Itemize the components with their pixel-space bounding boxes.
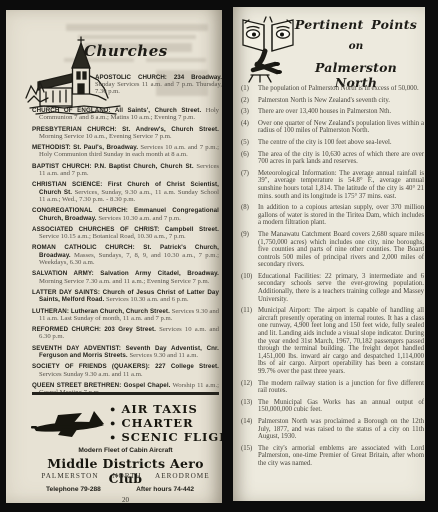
point-text: There are over 13,400 houses in Palmerst… <box>258 108 424 116</box>
church-details: Service 10.15 a.m.; Botanical Road, 10.3… <box>39 233 186 240</box>
point-item: (3)There are over 13,400 houses in Palme… <box>241 108 424 116</box>
point-text: The centre of the city is 100 feet above… <box>258 139 424 147</box>
ad-service-label: SCENIC FLIGHTS <box>121 430 222 444</box>
bullet-icon: ● <box>110 419 115 428</box>
ad-location: PALMERSTON NORTH AERODROME <box>32 472 219 480</box>
church-details: Services 10.30 a.m. and 7 p.m. <box>98 215 180 222</box>
church-details: Morning Service 7.30 a.m. and 11 a.m.; E… <box>39 278 209 285</box>
point-number: (4) <box>241 120 258 135</box>
point-item: (14)Palmerston North was proclaimed a Bo… <box>241 418 424 441</box>
point-text: Meteorological Information: The average … <box>258 170 424 200</box>
ad-contact-row: Telephone 79-288 After hours 74-442 <box>46 486 194 493</box>
ad-services-list: ●AIR TAXIS ●CHARTER ●SCENIC FLIGHTS <box>110 402 222 444</box>
point-item: (12)The modern railway station is a junc… <box>241 380 424 395</box>
bullet-icon: ● <box>110 405 115 414</box>
point-number: (3) <box>241 108 258 116</box>
page-title: Pertinent Points on Palmerston North <box>291 17 421 90</box>
point-item: (4)Over one quarter of New Zealand's pop… <box>241 120 424 135</box>
point-text: In addition to a copious artesian supply… <box>258 204 424 227</box>
point-item: (9)The Manawatu Catchment Board covers 2… <box>241 231 424 269</box>
point-number: (9) <box>241 231 258 269</box>
point-number: (11) <box>241 307 258 375</box>
church-name: LUTHERAN: Lutheran Church, Church Street… <box>32 308 170 315</box>
church-name: SALVATION ARMY: Salvation Army Citadel, … <box>32 270 219 277</box>
church-name: METHODIST: St. Paul's, Broadway. <box>32 144 138 151</box>
point-text: The Manawatu Catchment Board covers 2,68… <box>258 231 424 269</box>
church-name: QUEEN STREET BRETHREN: Gospel Chapel. <box>32 382 170 389</box>
point-number: (6) <box>241 151 258 166</box>
airplane-icon <box>30 406 108 447</box>
church-entry: REFORMED CHURCH: 203 Grey Street. Servic… <box>32 326 219 341</box>
church-entry: ROMAN CATHOLIC CHURCH: St. Patrick's Chu… <box>32 244 219 266</box>
church-name: CHURCH OF ENGLAND: All Saints', Church S… <box>32 107 201 114</box>
divider-rule <box>32 392 219 395</box>
point-item: (15)The city's armorial emblems are asso… <box>241 445 424 468</box>
church-entry: SALVATION ARMY: Salvation Army Citadel, … <box>32 270 219 285</box>
page-number: 20 <box>32 496 219 503</box>
church-name: SOCIETY OF FRIENDS (QUAKERS): 227 Colleg… <box>32 363 219 370</box>
point-text: Palmerston North is New Zealand's sevent… <box>258 97 424 105</box>
reader-illustration <box>239 15 297 88</box>
point-text: The area of the city is 10,630 acres of … <box>258 151 424 166</box>
church-entry: METHODIST: St. Paul's, Broadway. Service… <box>32 144 219 159</box>
ad-club-name: Middle Districts Aero Club <box>32 456 219 486</box>
church-details: Services Sunday 9.30 a.m. and 11 a.m. <box>39 371 143 378</box>
point-number: (15) <box>241 445 258 468</box>
left-page: Churches APOSTOLIC CHURCH: 234 Broadway.… <box>6 10 222 503</box>
point-number: (10) <box>241 273 258 303</box>
ad-service-label: AIR TAXIS <box>121 402 197 416</box>
church-entry: CONGREGATIONAL CHURCH: Emmanuel Congrega… <box>32 207 219 222</box>
church-name: BAPTIST CHURCH: P.N. Baptist Church, Chu… <box>32 163 194 170</box>
point-item: (11)Municipal Airport: The airport is ca… <box>241 307 424 375</box>
ad-tagline: Modern Fleet of Cabin Aircraft <box>32 447 219 454</box>
point-number: (2) <box>241 97 258 105</box>
point-item: (2)Palmerston North is New Zealand's sev… <box>241 97 424 105</box>
point-number: (14) <box>241 418 258 441</box>
right-page: Pertinent Points on Palmerston North (1)… <box>233 7 425 501</box>
church-entry: ASSOCIATED CHURCHES OF CHRIST: Campbell … <box>32 226 219 241</box>
point-text: The population of Palmerston North is in… <box>258 85 424 93</box>
point-number: (7) <box>241 170 258 200</box>
ad-service-item: ●CHARTER <box>110 416 222 430</box>
point-text: Educational Facilities: 22 primary, 3 in… <box>258 273 424 303</box>
church-name: PRESBYTERIAN CHURCH: St. Andrew's, Churc… <box>32 126 219 133</box>
ad-after-hours: After hours 74-442 <box>136 486 194 493</box>
church-name: APOSTOLIC CHURCH: 234 Broadway. <box>95 74 222 81</box>
churches-heading: Churches <box>84 42 168 60</box>
points-list: (1)The population of Palmerston North is… <box>241 85 424 499</box>
point-number: (13) <box>241 399 258 414</box>
ad-telephone: Telephone 79-288 <box>46 486 101 493</box>
point-item: (6)The area of the city is 10,630 acres … <box>241 151 424 166</box>
point-text: Municipal Airport: The airport is capabl… <box>258 307 424 375</box>
church-details: Morning Service 10 a.m., Evening Service… <box>39 133 172 140</box>
scanned-booklet-spread: Churches APOSTOLIC CHURCH: 234 Broadway.… <box>0 0 438 512</box>
point-item: (8)In addition to a copious artesian sup… <box>241 204 424 227</box>
point-text: Palmerston North was proclaimed a Boroug… <box>258 418 424 441</box>
page-title-line1: Pertinent Points <box>291 17 421 32</box>
church-entry: LATTER DAY SAINTS: Church of Jesus Chris… <box>32 289 219 304</box>
church-entry: LUTHERAN: Lutheran Church, Church Street… <box>32 308 219 323</box>
ad-service-label: CHARTER <box>121 416 193 430</box>
page-title-line2: on <box>291 40 421 52</box>
church-entry: PRESBYTERIAN CHURCH: St. Andrew's, Churc… <box>32 126 219 141</box>
church-entry-apostolic: APOSTOLIC CHURCH: 234 Broadway. Sunday S… <box>95 74 222 96</box>
point-item: (10)Educational Facilities: 22 primary, … <box>241 273 424 303</box>
church-name: ASSOCIATED CHURCHES OF CHRIST: Campbell … <box>32 226 219 233</box>
bullet-icon: ● <box>110 433 115 442</box>
ad-service-item: ●SCENIC FLIGHTS <box>110 430 222 444</box>
church-entry: SEVENTH DAY ADVENTIST: Seventh Day Adven… <box>32 345 219 360</box>
church-entry: CHRISTIAN SCIENCE: First Church of Chris… <box>32 181 219 203</box>
point-number: (5) <box>241 139 258 147</box>
point-number: (1) <box>241 85 258 93</box>
church-entry: CHURCH OF ENGLAND: All Saints', Church S… <box>32 107 219 122</box>
church-name: REFORMED CHURCH: 203 Grey Street. <box>32 326 156 333</box>
point-text: The modern railway station is a junction… <box>258 380 424 395</box>
church-details: Services 10.30 a.m. and 6 p.m. <box>106 296 188 303</box>
church-entry: SOCIETY OF FRIENDS (QUAKERS): 227 Colleg… <box>32 363 219 378</box>
church-details: Services 9.30 and 11 a.m. <box>129 352 198 359</box>
point-item: (7)Meteorological Information: The avera… <box>241 170 424 200</box>
church-list: CHURCH OF ENGLAND: All Saints', Church S… <box>32 107 219 393</box>
point-text: The Municipal Gas Works has an annual ou… <box>258 399 424 414</box>
point-item: (13)The Municipal Gas Works has an annua… <box>241 399 424 414</box>
point-item: (1)The population of Palmerston North is… <box>241 85 424 93</box>
point-item: (5)The centre of the city is 100 feet ab… <box>241 139 424 147</box>
church-entry: BAPTIST CHURCH: P.N. Baptist Church, Chu… <box>32 163 219 178</box>
ad-service-item: ●AIR TAXIS <box>110 402 222 416</box>
church-details: Sunday Services 11 a.m. and 7 p.m. Thurs… <box>95 81 222 95</box>
point-number: (8) <box>241 204 258 227</box>
point-text: Over one quarter of New Zealand's popula… <box>258 120 424 135</box>
point-number: (12) <box>241 380 258 395</box>
point-text: The city's armorial emblems are associat… <box>258 445 424 468</box>
